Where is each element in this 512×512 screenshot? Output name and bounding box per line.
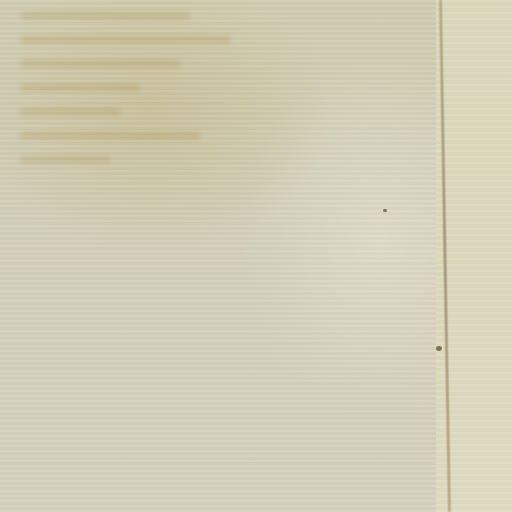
faded-text-line (20, 108, 120, 115)
paper-scan (0, 0, 512, 512)
faded-text-line (20, 156, 110, 163)
faded-text-line (20, 12, 190, 19)
dirt-speck (383, 209, 387, 212)
faded-text-line (20, 60, 180, 67)
dirt-speck (436, 346, 442, 351)
left-paper-sheet (0, 0, 440, 512)
faded-text-line (20, 84, 140, 91)
faded-text-line (20, 36, 230, 43)
faded-bleed-through-text (20, 12, 280, 180)
faded-text-line (20, 132, 200, 139)
